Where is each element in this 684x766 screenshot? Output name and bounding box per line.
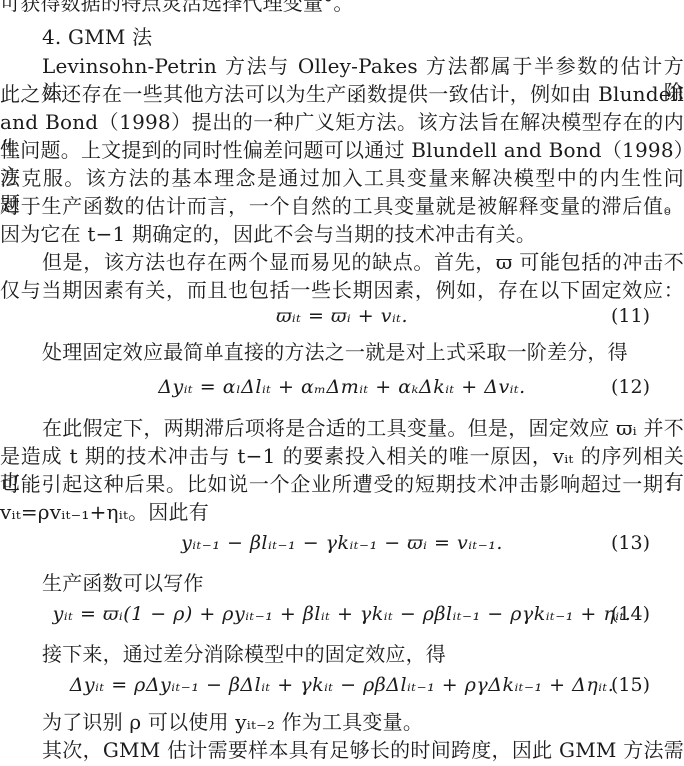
equation-row-14: yᵢₜ = ϖᵢ(1 − ρ) + ρyᵢₜ₋₁ + βlᵢₜ + γkᵢₜ −… [0,601,684,627]
equation-15: Δyᵢₜ = ρΔyᵢₜ₋₁ − βΔlᵢₜ + γkᵢₜ − ρβΔlᵢₜ₋₁… [70,674,615,696]
equation-number-11: (11) [611,303,650,329]
paragraph-line: 其次，GMM 估计需要样本具有足够长的时间跨度，因此 GMM 方法需 [0,737,684,763]
paragraph-line: 但是，该方法也存在两个显而易见的缺点。首先，ϖ 可能包括的冲击不 [0,249,684,275]
equation-11: ϖᵢₜ = ϖᵢ + vᵢₜ. [276,305,408,327]
equation-row-13: yᵢₜ₋₁ − βlᵢₜ₋₁ − γkᵢₜ₋₁ − ϖᵢ = vᵢₜ₋₁. (1… [0,530,684,556]
equation-row-11: ϖᵢₜ = ϖᵢ + vᵢₜ. (11) [0,303,684,329]
equation-number-15: (15) [611,672,650,698]
paragraph-line: 性问题。上文提到的同时性偏差问题可以通过 Blundell and Bond（1… [0,137,684,163]
paragraph-line: 可能引起这种后果。比如说一个企业所遭受的短期技术冲击影响超过一期： [0,471,684,497]
equation-13: yᵢₜ₋₁ − βlᵢₜ₋₁ − γkᵢₜ₋₁ − ϖᵢ = vᵢₜ₋₁. [181,532,503,554]
paragraph-line: 生产函数可以写作 [0,570,684,596]
paragraph-line: 为了识别 ρ 可以使用 yᵢₜ₋₂ 作为工具变量。 [0,709,684,735]
equation-row-12: Δyᵢₜ = αₗΔlᵢₜ + αₘΔmᵢₜ + αₖΔkᵢₜ + Δvᵢₜ. … [0,374,684,400]
paragraph-line: 此之外还存在一些其他方法可以为生产函数提供一致估计，例如由 Blundell [0,81,684,107]
equation-row-15: Δyᵢₜ = ρΔyᵢₜ₋₁ − βΔlᵢₜ + γkᵢₜ − ρβΔlᵢₜ₋₁… [0,672,684,698]
equation-14: yᵢₜ = ϖᵢ(1 − ρ) + ρyᵢₜ₋₁ + βlᵢₜ + γkᵢₜ −… [53,603,632,625]
paragraph-line: 法克服。该方法的基本理念是通过加入工具变量来解决模型中的内生性问题。 [0,165,684,191]
paragraph-line: Levinsohn-Petrin 方法与 Olley-Pakes 方法都属于半参… [0,53,684,79]
paragraph-line: 仅与当期因素有关，而且也包括一些长期因素，例如，存在以下固定效应： [0,277,684,303]
paragraph-line: 因为它在 t−1 期确定的，因此不会与当期的技术冲击有关。 [0,221,684,247]
paragraph-line: vᵢₜ=ρvᵢₜ₋₁+ηᵢₜ。因此有 [0,499,684,525]
equation-number-13: (13) [611,530,650,556]
paragraph-line: 接下来，通过差分消除模型中的固定效应，得 [0,641,684,667]
paper-page: 可获得数据的特点灵活选择代理变量°。 4. GMM 法 Levinsohn-Pe… [0,0,684,766]
section-heading: 4. GMM 法 [0,24,684,50]
equation-number-14: (14) [611,601,650,627]
paragraph-line: 处理固定效应最简单直接的方法之一就是对上式采取一阶差分，得 [0,339,684,365]
paragraph-line: and Bond（1998）提出的一种广义矩方法。该方法旨在解决模型存在的内生 [0,109,684,135]
equation-number-12: (12) [611,374,650,400]
paragraph-line: 是造成 t 期的技术冲击与 t−1 的要素投入相关的唯一原因，vᵢₜ 的序列相关… [0,443,684,469]
paragraph-line: 对于生产函数的估计而言，一个自然的工具变量就是被解释变量的滞后值。 [0,193,684,219]
text-line-top-cut: 可获得数据的特点灵活选择代理变量°。 [0,0,684,16]
equation-12: Δyᵢₜ = αₗΔlᵢₜ + αₘΔmᵢₜ + αₖΔkᵢₜ + Δvᵢₜ. [158,376,525,398]
paragraph-line: 在此假定下，两期滞后项将是合适的工具变量。但是，固定效应 ϖᵢ 并不 [0,415,684,441]
